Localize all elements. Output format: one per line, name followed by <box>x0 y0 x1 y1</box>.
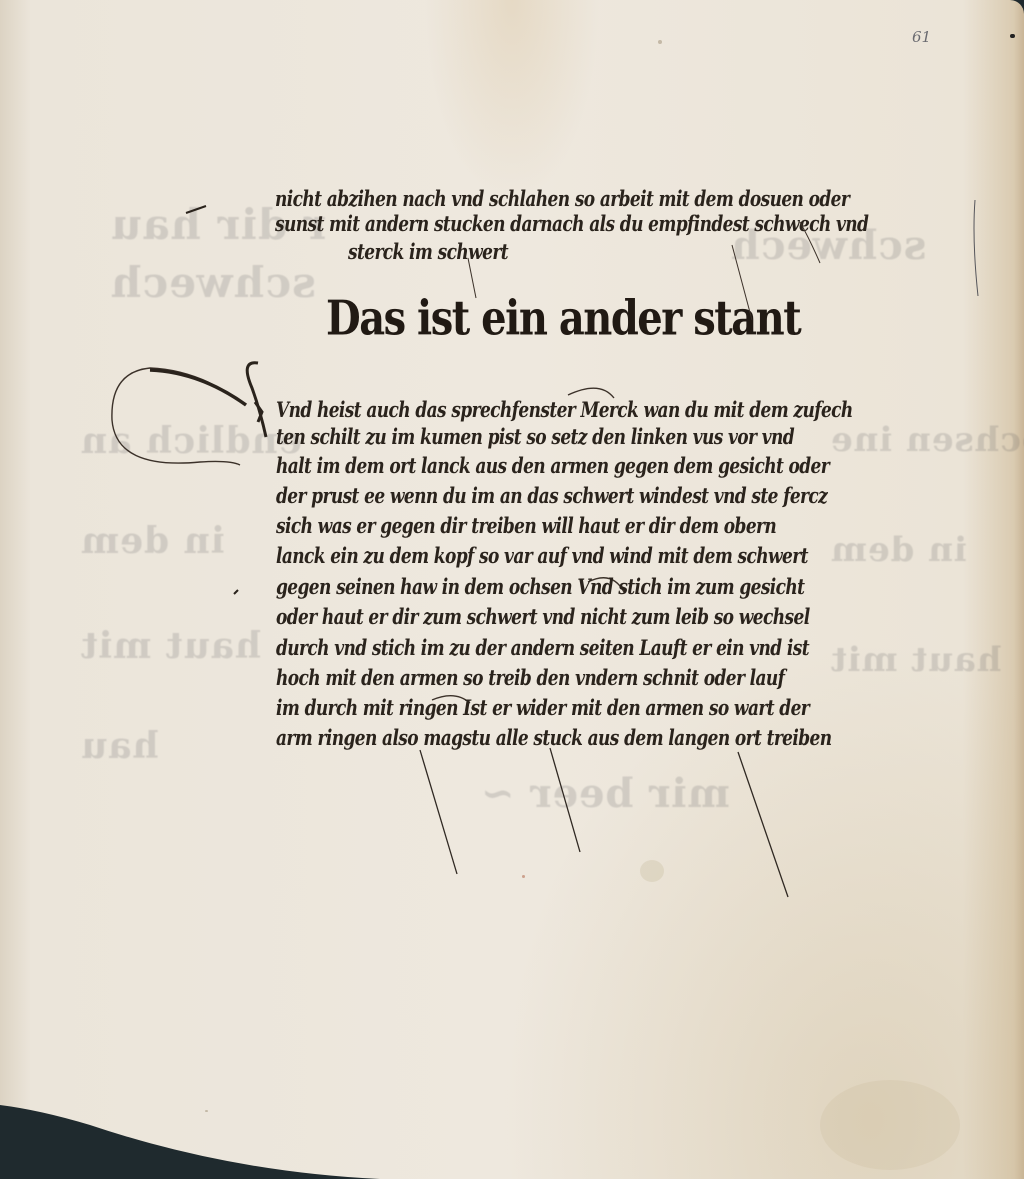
body-line: halt im dem ort lanck aus den armen gege… <box>276 454 829 479</box>
body-line: gegen seinen haw in dem ochsen Vnd stich… <box>276 575 804 600</box>
body-line: arm ringen also magstu alle stuck aus de… <box>276 726 832 751</box>
body-line: der prust ee wenn du im an das schwert w… <box>276 484 827 509</box>
body-line: Vnd heist auch das sprechfenster Merck w… <box>276 398 853 423</box>
body-line: lanck ein zu dem kopf so var auf vnd win… <box>276 544 808 569</box>
body-line: durch vnd stich im zu der andern seiten … <box>276 636 809 661</box>
body-line: sich was er gegen dir treiben will haut … <box>276 514 776 539</box>
body-line: im durch mit ringen Ist er wider mit den… <box>276 696 809 721</box>
manuscript-page: r dir hau schwech schwech endlich an in … <box>0 0 1024 1179</box>
body-line: hoch mit den armen so treib den vndern s… <box>276 666 784 691</box>
body-line: oder haut er dir zum schwert vnd nicht z… <box>276 605 810 630</box>
body-line: ten schilt zu im kumen pist so setz den … <box>276 425 794 450</box>
